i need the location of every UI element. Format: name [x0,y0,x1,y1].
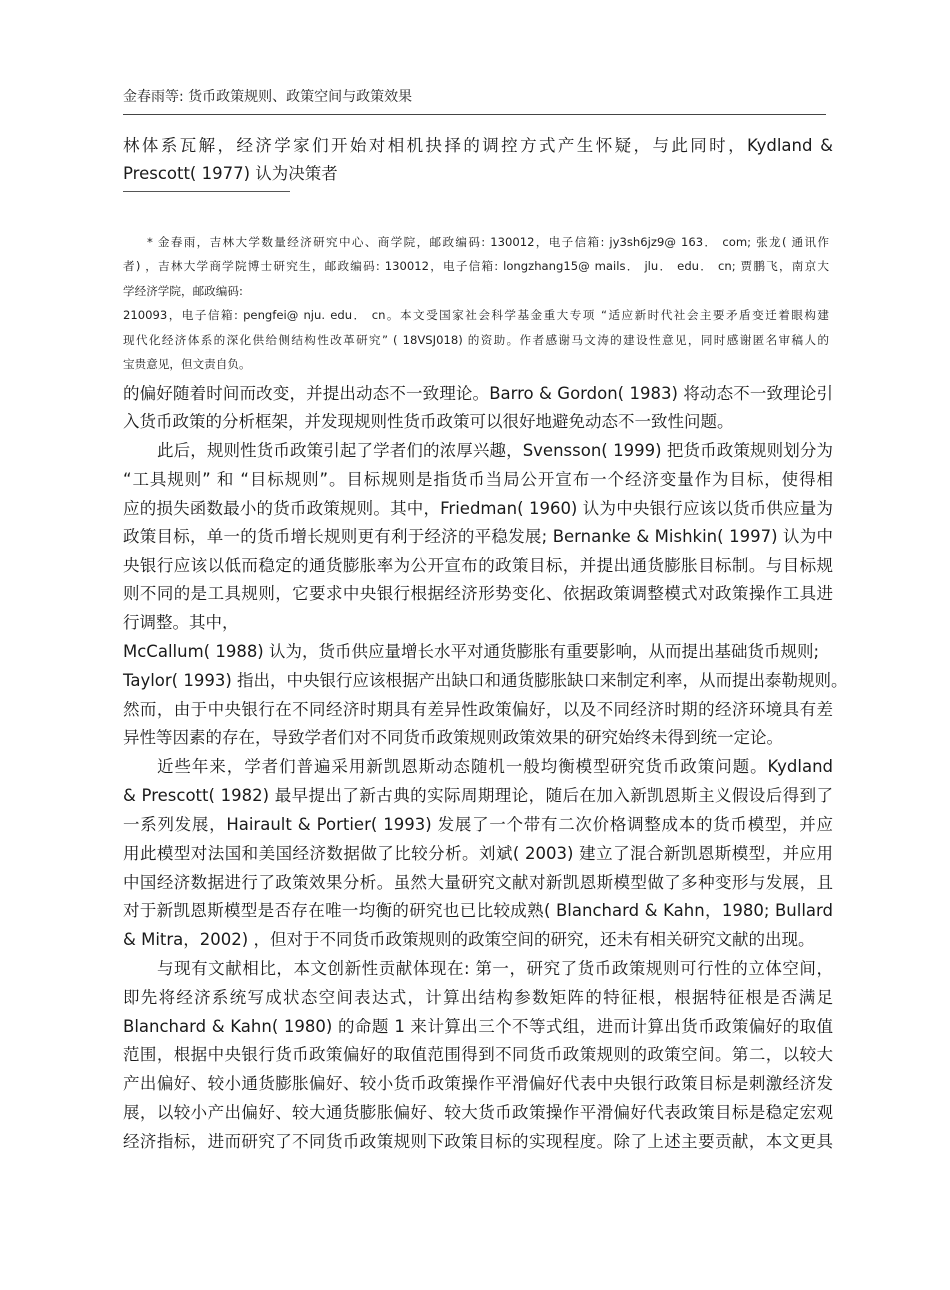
body-line: 林体系瓦解，经济学家们开始对相机抉择的调控方式产生怀疑，与此同时，Kydland… [123,136,833,156]
body-line: 异性等因素的存在，导致学者们对不同货币政策规则政策效果的研究始终未得到统一定论。 [123,728,833,748]
body-line: & Mitra，2002) ，但对于不同货币政策规则的政策空间的研究，还未有相关… [123,930,833,950]
body-line: 入货币政策的分析框架，并发现规则性货币政策可以很好地避免动态不一致性问题。 [123,412,833,432]
footnote-line: 者) ，吉林大学商学院博士研究生，邮政编码: 130012，电子信箱: long… [123,258,829,274]
paper-page: 金春雨等: 货币政策规则、政策空间与政策效果 林体系瓦解，经济学家们开始对相机抉… [0,0,950,1290]
body-line: 中国经济数据进行了政策效果分析。虽然大量研究文献对新凯恩斯模型做了多种变形与发展… [123,873,833,893]
body-line: 产出偏好、较小通货膨胀偏好、较小货币政策操作平滑偏好代表中央银行政策目标是刺激经… [123,1074,833,1094]
body-line: 一系列发展，Hairault & Portier( 1993) 发展了一个带有二… [123,815,833,835]
body-line: 范围，根据中央银行货币政策偏好的取值范围得到不同货币政策规则的政策空间。第二，以… [123,1045,833,1065]
body-line: 展，以较小产出偏好、较大通货膨胀偏好、较大货币政策操作平滑偏好代表政策目标是稳定… [123,1103,833,1123]
body-line: 应的损失函数最小的货币政策规则。其中，Friedman( 1960) 认为中央银… [123,499,833,519]
body-line: Prescott( 1977) 认为决策者 [123,164,833,184]
running-header-title: 金春雨等: 货币政策规则、政策空间与政策效果 [123,86,412,106]
body-line: Taylor( 1993) 指出，中央银行应该根据产出缺口和通货膨胀缺口来制定利… [123,671,845,691]
body-line: 政策目标，单一的货币增长规则更有利于经济的平稳发展; Bernanke & Mi… [123,527,833,547]
body-line: 的偏好随着时间而改变，并提出动态不一致理论。Barro & Gordon( 19… [123,384,833,404]
footnote-line: 现代化经济体系的深化供给侧结构性改革研究” ( 18VSJ018) 的资助。作者… [123,332,829,348]
footnote-line: 宝贵意见，但文责自负。 [123,356,829,372]
footnote-divider [123,191,290,192]
footnote-line: 学经济学院，邮政编码: [123,283,829,299]
body-line: 则不同的是工具规则，它要求中央银行根据经济形势变化、依据政策调整模式对政策操作工… [123,584,833,604]
body-line: “工具规则” 和 “目标规则”。目标规则是指货币当局公开宣布一个经济变量作为目标… [123,470,833,490]
body-line: 经济指标，进而研究了不同货币政策规则下政策目标的实现程度。除了上述主要贡献，本文… [123,1132,833,1152]
body-line: 对于新凯恩斯模型是否存在唯一均衡的研究也已比较成熟( Blanchard & K… [123,901,833,921]
body-line: & Prescott( 1982) 最早提出了新古典的实际周期理论，随后在加入新… [123,786,833,806]
body-line: 近些年来，学者们普遍采用新凯恩斯动态随机一般均衡模型研究货币政策问题。Kydla… [123,757,833,777]
body-line: Blanchard & Kahn( 1980) 的命题 1 来计算出三个不等式组… [123,1017,833,1037]
footnote-line: * 金春雨，吉林大学数量经济研究中心、商学院，邮政编码: 130012，电子信箱… [123,234,829,250]
body-line: McCallum( 1988) 认为，货币供应量增长水平对通货膨胀有重要影响，从… [123,642,833,662]
footnote-line: 210093，电子信箱: pengfei@ nju. edu． cn。本文受国家… [123,307,829,323]
body-line: 即先将经济系统写成状态空间表达式，计算出结构参数矩阵的特征根，根据特征根是否满足 [123,988,833,1008]
header-divider [123,114,826,115]
body-line: 然而，由于中央银行在不同经济时期具有差异性政策偏好，以及不同经济时期的经济环境具… [123,700,833,720]
body-line: 此后，规则性货币政策引起了学者们的浓厚兴趣，Svensson( 1999) 把货… [123,441,833,461]
body-line: 央银行应该以低而稳定的通货膨胀率为公开宣布的政策目标，并提出通货膨胀目标制。与目… [123,556,833,576]
body-line: 与现有文献相比，本文创新性贡献体现在: 第一，研究了货币政策规则可行性的立体空间… [123,959,833,979]
body-line: 行调整。其中， [123,613,833,633]
body-line: 用此模型对法国和美国经济数据做了比较分析。刘斌( 2003) 建立了混合新凯恩斯… [123,844,833,864]
